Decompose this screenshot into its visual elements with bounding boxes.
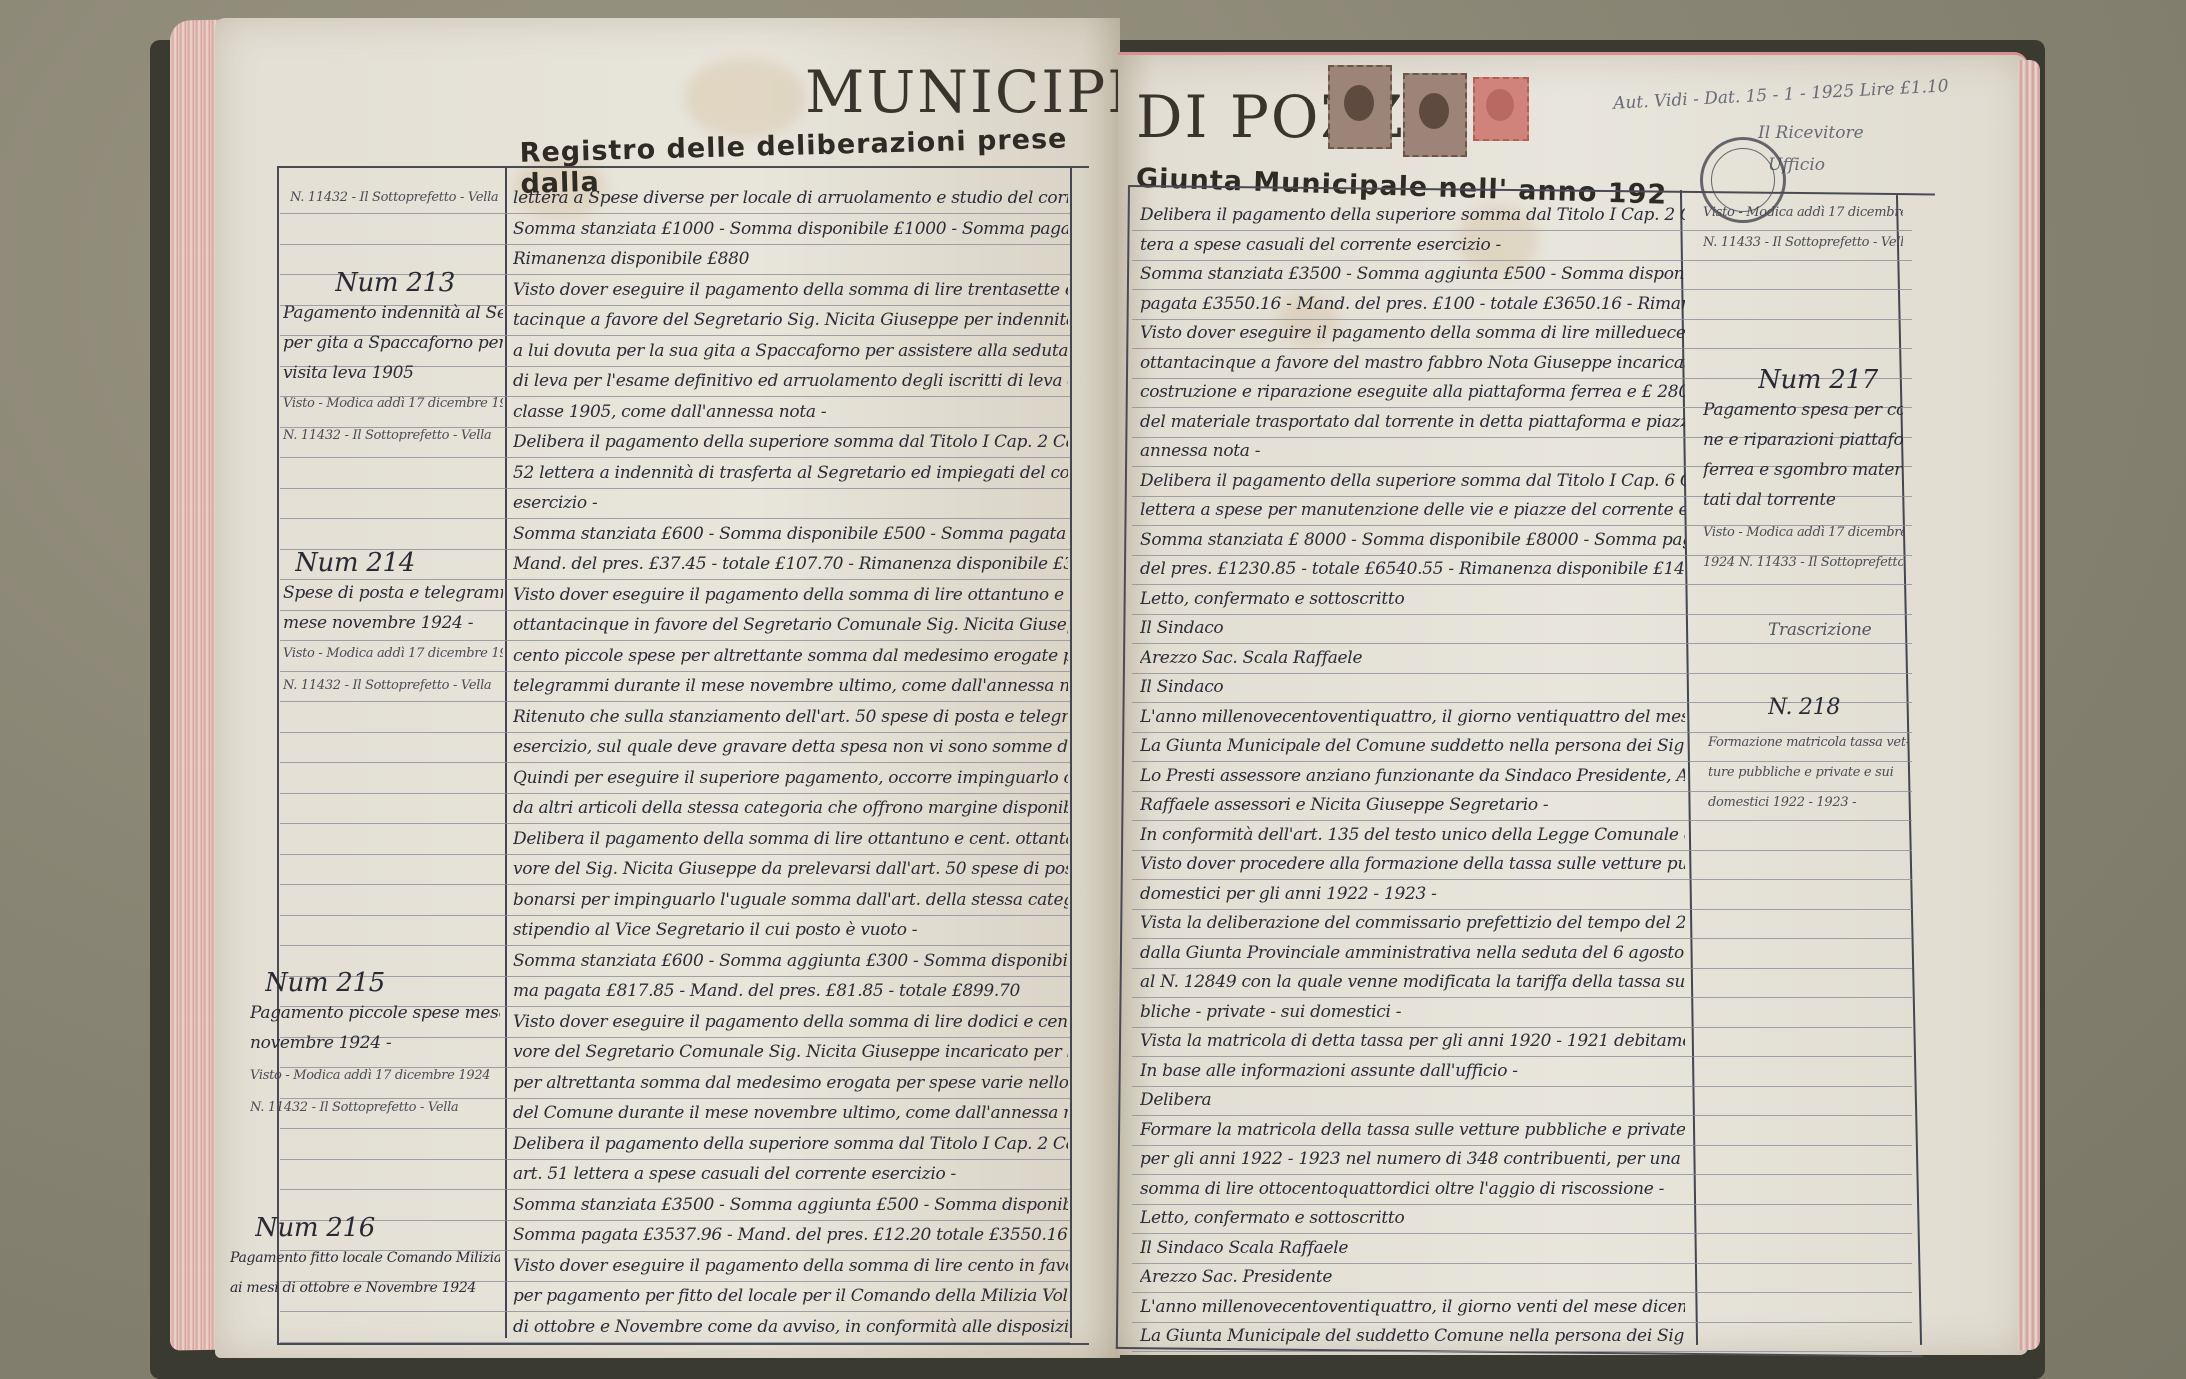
handwritten-line: Visto dover eseguire il pagamento della … bbox=[513, 1012, 1068, 1032]
ruled-line bbox=[1132, 732, 1912, 733]
ruled-line bbox=[1132, 260, 1912, 261]
handwritten-line: somma di lire ottocentoquattordici oltre… bbox=[1140, 1179, 1685, 1199]
ruled-line bbox=[1132, 1086, 1912, 1087]
handwritten-line: ma pagata £817.85 - Mand. del pres. £81.… bbox=[513, 981, 1068, 1001]
handwritten-line: Somma stanziata £600 - Somma disponibile… bbox=[513, 524, 1068, 544]
ruled-line bbox=[280, 945, 1070, 946]
ruled-line bbox=[1132, 673, 1912, 674]
ruled-line bbox=[1132, 761, 1912, 762]
handwritten-line: In base alle informazioni assunte dall'u… bbox=[1140, 1061, 1685, 1081]
ruled-line bbox=[280, 854, 1070, 855]
entry-subject: Pagamento piccole spese mese bbox=[250, 1003, 500, 1023]
left-page: MUNICIPIO Registro delle deliberazioni p… bbox=[215, 18, 1120, 1358]
entry-subject: tati dal torrente bbox=[1703, 490, 1903, 510]
ruled-line bbox=[1132, 348, 1912, 349]
handwritten-line: Rimanenza disponibile £880 bbox=[513, 249, 1068, 269]
handwritten-line: Visto dover eseguire il pagamento della … bbox=[513, 585, 1068, 605]
handwritten-line: Somma stanziata £ 8000 - Somma disponibi… bbox=[1140, 530, 1685, 550]
handwritten-line: del pres. £1230.85 - totale £6540.55 - R… bbox=[1140, 559, 1685, 579]
entry-subject: ture pubbliche e private e sui bbox=[1708, 765, 1908, 780]
ruled-line bbox=[1132, 289, 1912, 290]
handwritten-line: Somma stanziata £3500 - Somma aggiunta £… bbox=[513, 1195, 1068, 1215]
handwritten-line: Arezzo Sac. Presidente bbox=[1140, 1267, 1685, 1287]
ruled-line bbox=[280, 640, 1070, 641]
ruled-line bbox=[1132, 968, 1912, 969]
handwritten-line: del materiale trasportato dal torrente i… bbox=[1140, 412, 1685, 432]
handwritten-line: Visto dover eseguire il pagamento della … bbox=[513, 280, 1068, 300]
handwritten-line: bonarsi per impinguarlo l'uguale somma d… bbox=[513, 890, 1068, 910]
handwritten-line: bliche - private - sui domestici - bbox=[1140, 1002, 1685, 1022]
registration-annotation: Il Ricevitore bbox=[1758, 123, 1864, 143]
handwritten-line: stipendio al Vice Segretario il cui post… bbox=[513, 920, 1068, 940]
handwritten-line: pagata £3550.16 - Mand. del pres. £100 -… bbox=[1140, 294, 1685, 314]
ruled-line bbox=[280, 732, 1070, 733]
right-page: DI POZZ Giunta Municipale nell' anno 192… bbox=[1118, 52, 2028, 1355]
handwritten-line: Mand. del pres. £37.45 - totale £107.70 … bbox=[513, 554, 1068, 574]
ruled-line bbox=[280, 518, 1070, 519]
ruled-line bbox=[1132, 879, 1912, 880]
margin-ref: N. 11432 - Il Sottoprefetto - Vella bbox=[290, 190, 500, 205]
handwritten-line: di ottobre e Novembre come da avviso, in… bbox=[513, 1317, 1068, 1337]
handwritten-line: Somma stanziata £3500 - Somma aggiunta £… bbox=[1140, 264, 1685, 284]
margin-ref: N. 11433 - Il Sottoprefetto - Vella bbox=[1703, 235, 1903, 250]
ruled-line bbox=[280, 762, 1070, 763]
entry-number: Num 215 bbox=[265, 968, 385, 998]
ruled-line bbox=[1132, 1056, 1912, 1057]
handwritten-line: La Giunta Municipale del suddetto Comune… bbox=[1140, 1326, 1685, 1346]
entry-number: Num 217 bbox=[1758, 365, 1878, 395]
handwritten-line: Vista la matricola di detta tassa per gl… bbox=[1140, 1031, 1685, 1051]
handwritten-line: vore del Segretario Comunale Sig. Nicita… bbox=[513, 1042, 1068, 1062]
handwritten-line: Somma stanziata £1000 - Somma disponibil… bbox=[513, 219, 1068, 239]
entry-visto: Visto - Modica addì 17 dicembre 1924 bbox=[283, 396, 503, 411]
entry-ref: 1924 N. 11433 - Il Sottoprefetto - Vella bbox=[1703, 555, 1903, 570]
ruled-line bbox=[280, 823, 1070, 824]
entry-visto: Visto - Modica addì 17 dicembre bbox=[1703, 525, 1903, 540]
handwritten-line: Somma pagata £3537.96 - Mand. del pres. … bbox=[513, 1225, 1068, 1245]
handwritten-line: costruzione e riparazione eseguite alla … bbox=[1140, 382, 1685, 402]
handwritten-line: cento piccole spese per altrettante somm… bbox=[513, 646, 1068, 666]
ruled-line bbox=[280, 1159, 1070, 1160]
handwritten-line: classe 1905, come dall'annessa nota - bbox=[513, 402, 1068, 422]
margin-visto: Visto - Modica addì 17 dicembre 1924 bbox=[1703, 205, 1903, 220]
revenue-stamp bbox=[1403, 73, 1467, 157]
ruled-line bbox=[280, 244, 1070, 245]
handwritten-line: La Giunta Municipale del Comune suddetto… bbox=[1140, 736, 1685, 756]
ruled-line bbox=[1132, 643, 1912, 644]
ruled-line bbox=[280, 213, 1070, 214]
handwritten-line: Delibera il pagamento della superiore so… bbox=[1140, 471, 1685, 491]
entry-ref: N. 11432 - Il Sottoprefetto - Vella bbox=[283, 428, 503, 443]
ruled-line bbox=[1132, 820, 1912, 821]
handwritten-line: ottantacinque in favore del Segretario C… bbox=[513, 615, 1068, 635]
ruled-line bbox=[280, 610, 1070, 611]
entry-subject: ferrea e sgombro materiali traspor- bbox=[1703, 460, 1903, 480]
ruled-line bbox=[1132, 584, 1912, 585]
entry-subject: ne e riparazioni piattaforma bbox=[1703, 430, 1903, 450]
ruled-line bbox=[1132, 1115, 1912, 1116]
ruled-line bbox=[280, 579, 1070, 580]
ruled-line bbox=[280, 1128, 1070, 1129]
handwritten-line: Il Sindaco Scala Raffaele bbox=[1140, 1238, 1685, 1258]
ruled-line bbox=[1132, 614, 1912, 615]
ruled-line bbox=[280, 701, 1070, 702]
ruled-line bbox=[1132, 791, 1912, 792]
entry-ref: N. 11432 - Il Sottoprefetto - Vella bbox=[250, 1100, 500, 1115]
ruled-line bbox=[1132, 997, 1912, 998]
ruled-line bbox=[1132, 1027, 1912, 1028]
revenue-stamp bbox=[1328, 65, 1392, 149]
entry-subject: Pagamento spesa per costruzio- bbox=[1703, 400, 1903, 420]
handwritten-line: art. 51 lettera a spese casuali del corr… bbox=[513, 1164, 1068, 1184]
entry-visto: Visto - Modica addì 17 dicembre 1924 bbox=[250, 1068, 500, 1083]
entry-subject: per gita a Spaccaforno per esame bbox=[283, 333, 503, 353]
ruled-line bbox=[1132, 319, 1912, 320]
entry-subject: visita leva 1905 bbox=[283, 363, 503, 383]
entry-visto: Visto - Modica addì 17 dicembre 1924 bbox=[283, 646, 503, 661]
ruled-line bbox=[280, 1220, 1070, 1221]
ruled-line bbox=[1132, 1145, 1912, 1146]
ruled-line bbox=[280, 671, 1070, 672]
ruled-line bbox=[280, 976, 1070, 977]
handwritten-line: L'anno millenovecentoventiquattro, il gi… bbox=[1140, 707, 1685, 727]
handwritten-line: esercizio - bbox=[513, 493, 1068, 513]
handwritten-line: Visto dover eseguire il pagamento della … bbox=[1140, 323, 1685, 343]
entry-ref: N. 11432 - Il Sottoprefetto - Vella bbox=[283, 678, 503, 693]
handwritten-line: Vista la deliberazione del commissario p… bbox=[1140, 913, 1685, 933]
handwritten-line: Delibera il pagamento della superiore so… bbox=[513, 432, 1068, 452]
handwritten-line: L'anno millenovecentoventiquattro, il gi… bbox=[1140, 1297, 1685, 1317]
ruled-line bbox=[280, 915, 1070, 916]
handwritten-line: esercizio, sul quale deve gravare detta … bbox=[513, 737, 1068, 757]
handwritten-line: Somma stanziata £600 - Somma aggiunta £3… bbox=[513, 951, 1068, 971]
handwritten-line: Quindi per eseguire il superiore pagamen… bbox=[513, 768, 1068, 788]
ruled-line bbox=[280, 1342, 1070, 1343]
ruled-line bbox=[280, 1098, 1070, 1099]
left-page-right-border bbox=[1070, 168, 1072, 1338]
entry-subject: Pagamento fitto locale Comando Milizia V… bbox=[230, 1250, 500, 1266]
handwritten-line: a lui dovuta per la sua gita a Spaccafor… bbox=[513, 341, 1068, 361]
handwritten-line: per pagamento per fitto del locale per i… bbox=[513, 1286, 1068, 1306]
ruled-line bbox=[280, 1311, 1070, 1312]
ruled-line bbox=[1132, 1322, 1912, 1323]
entry-number: Num 213 bbox=[335, 268, 455, 298]
entry-number: Num 214 bbox=[295, 548, 415, 578]
handwritten-line: vore del Sig. Nicita Giuseppe da preleva… bbox=[513, 859, 1068, 879]
handwritten-line: Raffaele assessori e Nicita Giuseppe Seg… bbox=[1140, 795, 1685, 815]
ruled-line bbox=[1132, 1204, 1912, 1205]
stain bbox=[685, 58, 805, 138]
transcription-note: Trascrizione bbox=[1768, 620, 1908, 640]
entry-subject: ai mesi di ottobre e Novembre 1924 bbox=[230, 1280, 500, 1296]
entry-number: Num 216 bbox=[255, 1213, 375, 1243]
handwritten-line: 52 lettera a indennità di trasferta al S… bbox=[513, 463, 1068, 483]
handwritten-line: lettera a spese per manutenzione delle v… bbox=[1140, 500, 1685, 520]
ruled-line bbox=[280, 884, 1070, 885]
entry-subject: Pagamento indennità al Segretario bbox=[283, 303, 503, 323]
handwritten-line: Ritenuto che sulla stanziamento dell'art… bbox=[513, 707, 1068, 727]
page-edges-right bbox=[2018, 60, 2040, 1350]
handwritten-line: Il Sindaco bbox=[1140, 677, 1685, 697]
handwritten-line: Visto dover procedere alla formazione de… bbox=[1140, 854, 1685, 874]
handwritten-line: Letto, confermato e sottoscritto bbox=[1140, 589, 1685, 609]
ruled-line bbox=[1132, 1351, 1912, 1352]
ruled-line bbox=[280, 1189, 1070, 1190]
ruled-line bbox=[280, 488, 1070, 489]
entry-number: N. 218 bbox=[1768, 695, 1840, 720]
handwritten-line: domestici per gli anni 1922 - 1923 - bbox=[1140, 884, 1685, 904]
registration-annotation: Aut. Vidi - Dat. 15 - 1 - 1925 Lire £1.1… bbox=[1613, 76, 1949, 114]
ruled-line bbox=[1132, 1263, 1912, 1264]
ruled-line bbox=[1132, 850, 1912, 851]
ruled-line bbox=[1132, 938, 1912, 939]
handwritten-line: al N. 12849 con la quale venne modificat… bbox=[1140, 972, 1685, 992]
handwritten-line: Lo Presti assessore anziano funzionante … bbox=[1140, 766, 1685, 786]
handwritten-line: Formare la matricola della tassa sulle v… bbox=[1140, 1120, 1685, 1140]
handwritten-line: Letto, confermato e sottoscritto bbox=[1140, 1208, 1685, 1228]
ruled-line bbox=[1132, 1292, 1912, 1293]
left-column-divider bbox=[505, 168, 507, 1338]
entry-subject: novembre 1924 - bbox=[250, 1033, 500, 1053]
handwritten-line: Il Sindaco bbox=[1140, 618, 1685, 638]
entry-subject: domestici 1922 - 1923 - bbox=[1708, 795, 1908, 810]
ruled-line bbox=[1132, 230, 1912, 231]
entry-subject: Spese di posta e telegrammi del bbox=[283, 583, 503, 603]
handwritten-line: ottantacinque a favore del mastro fabbro… bbox=[1140, 353, 1685, 373]
handwritten-line: Delibera bbox=[1140, 1090, 1685, 1110]
revenue-stamp-red bbox=[1473, 77, 1529, 141]
handwritten-line: per gli anni 1922 - 1923 nel numero di 3… bbox=[1140, 1149, 1685, 1169]
handwritten-line: In conformità dell'art. 135 del testo un… bbox=[1140, 825, 1685, 845]
handwritten-line: Delibera il pagamento della somma di lir… bbox=[513, 829, 1068, 849]
ruled-line bbox=[280, 793, 1070, 794]
entry-subject: Formazione matricola tassa vet- bbox=[1708, 735, 1908, 750]
handwritten-line: Delibera il pagamento della superiore so… bbox=[513, 1134, 1068, 1154]
handwritten-line: tera a spese casuali del corrente eserci… bbox=[1140, 235, 1685, 255]
ruled-line bbox=[1132, 1174, 1912, 1175]
handwritten-line: Delibera il pagamento della superiore so… bbox=[1140, 205, 1685, 225]
handwritten-line: tacinque a favore del Segretario Sig. Ni… bbox=[513, 310, 1068, 330]
handwritten-line: da altri articoli della stessa categoria… bbox=[513, 798, 1068, 818]
ruled-line bbox=[1132, 909, 1912, 910]
handwritten-line: annessa nota - bbox=[1140, 441, 1685, 461]
handwritten-line: dalla Giunta Provinciale amministrativa … bbox=[1140, 943, 1685, 963]
handwritten-line: del Comune durante il mese novembre ulti… bbox=[513, 1103, 1068, 1123]
handwritten-line: Visto dover eseguire il pagamento della … bbox=[513, 1256, 1068, 1276]
ruled-line bbox=[1132, 1233, 1912, 1234]
handwritten-line: di leva per l'esame definitivo ed arruol… bbox=[513, 371, 1068, 391]
entry-subject: mese novembre 1924 - bbox=[283, 613, 503, 633]
handwritten-line: lettera a Spese diverse per locale di ar… bbox=[513, 188, 1068, 208]
ruled-line bbox=[280, 457, 1070, 458]
handwritten-line: telegrammi durante il mese novembre ulti… bbox=[513, 676, 1068, 696]
handwritten-line: Arezzo Sac. Scala Raffaele bbox=[1140, 648, 1685, 668]
handwritten-line: per altrettanta somma dal medesimo eroga… bbox=[513, 1073, 1068, 1093]
